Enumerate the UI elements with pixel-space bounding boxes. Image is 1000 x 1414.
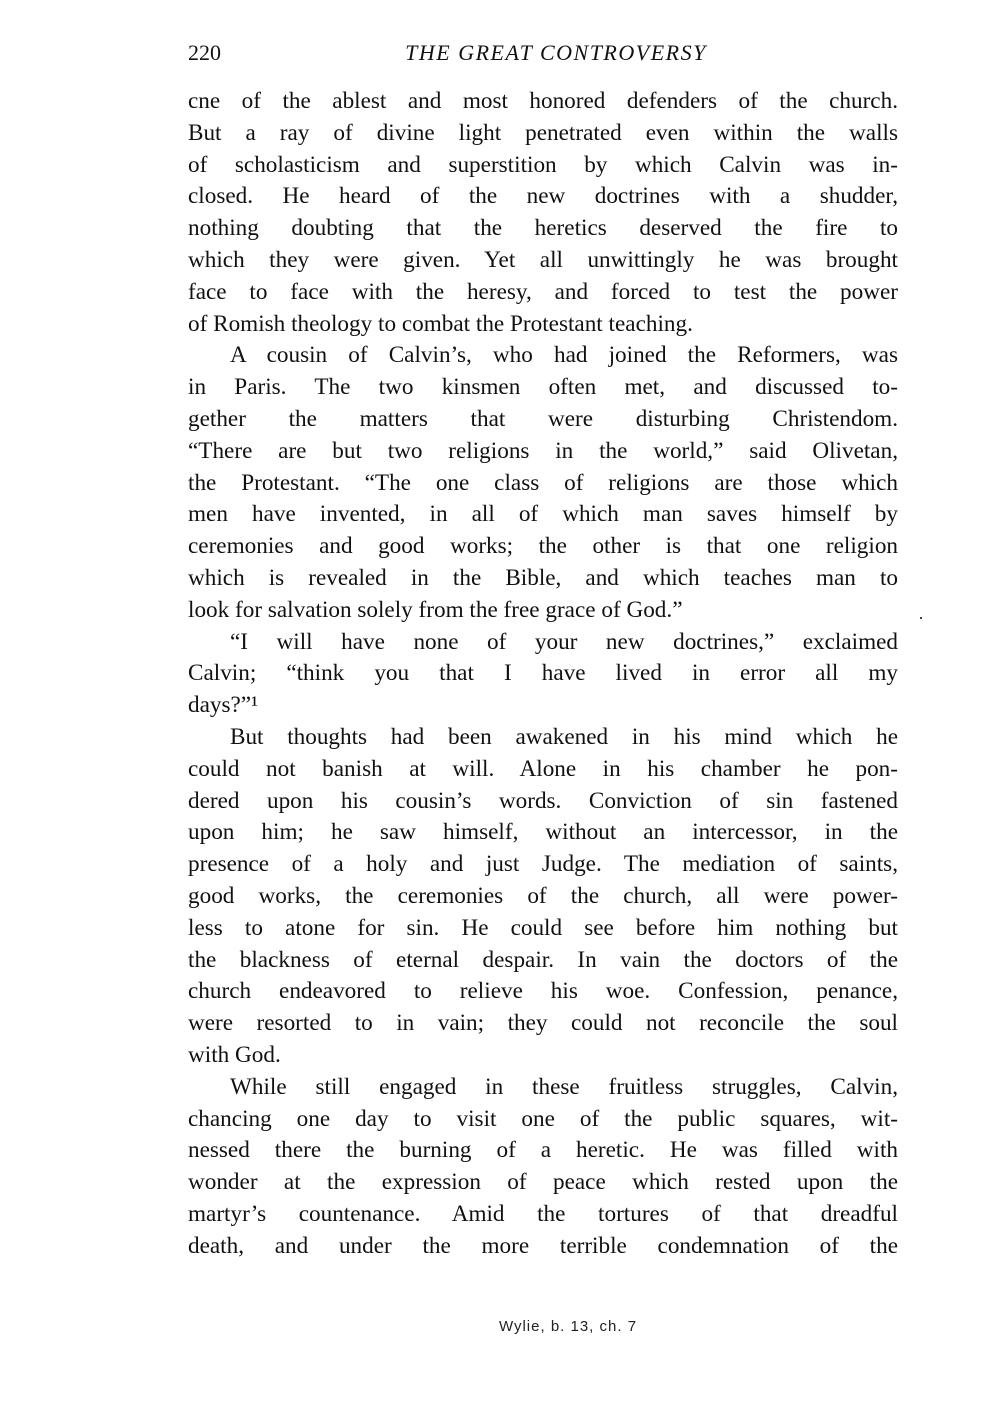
text-line: of scholasticism and superstition by whi… <box>188 150 898 182</box>
text-line: But thoughts had been awakened in his mi… <box>188 722 898 754</box>
text-line: Calvin; “think you that I have lived in … <box>188 658 898 690</box>
paragraph: “I will have none of your new doctrines,… <box>188 627 898 722</box>
text-line: dered upon his cousin’s words. Convictio… <box>188 786 898 818</box>
text-line: chancing one day to visit one of the pub… <box>188 1104 898 1136</box>
text-line: But a ray of divine light penetrated eve… <box>188 118 898 150</box>
text-line: nothing doubting that the heretics deser… <box>188 213 898 245</box>
running-title: THE GREAT CONTROVERSY <box>188 36 898 70</box>
text-line: were resorted to in vain; they could not… <box>188 1008 898 1040</box>
paragraph: But thoughts had been awakened in his mi… <box>188 722 898 1072</box>
text-line: with God. <box>188 1040 898 1072</box>
text-line: good works, the ceremonies of the church… <box>188 881 898 913</box>
text-line: in Paris. The two kinsmen often met, and… <box>188 372 898 404</box>
text-line: ceremonies and good works; the other is … <box>188 531 898 563</box>
text-line: closed. He heard of the new doctrines wi… <box>188 181 898 213</box>
body-text: cne of the ablest and most honored defen… <box>188 86 898 1262</box>
text-line: upon him; he saw himself, without an int… <box>188 817 898 849</box>
text-line: death, and under the more terrible conde… <box>188 1231 898 1263</box>
text-line: A cousin of Calvin’s, who had joined the… <box>188 340 898 372</box>
text-line: look for salvation solely from the free … <box>188 595 898 627</box>
running-head: 220 THE GREAT CONTROVERSY <box>188 36 898 70</box>
text-line: wonder at the expression of peace which … <box>188 1167 898 1199</box>
text-line: the Protestant. “The one class of religi… <box>188 468 898 500</box>
text-line: martyr’s countenance. Amid the tortures … <box>188 1199 898 1231</box>
text-line: gether the matters that were disturbing … <box>188 404 898 436</box>
text-line: less to atone for sin. He could see befo… <box>188 913 898 945</box>
text-line: men have invented, in all of which man s… <box>188 499 898 531</box>
paragraph: cne of the ablest and most honored defen… <box>188 86 898 340</box>
text-line: While still engaged in these fruitless s… <box>188 1072 898 1104</box>
text-line: church endeavored to relieve his woe. Co… <box>188 976 898 1008</box>
paragraph: A cousin of Calvin’s, who had joined the… <box>188 340 898 626</box>
text-line: “I will have none of your new doctrines,… <box>188 627 898 659</box>
text-line: which is revealed in the Bible, and whic… <box>188 563 898 595</box>
text-line: days?”¹ <box>188 690 898 722</box>
text-line: presence of a holy and just Judge. The m… <box>188 849 898 881</box>
book-page: 220 THE GREAT CONTROVERSY cne of the abl… <box>188 36 898 1262</box>
text-line: “There are but two religions in the worl… <box>188 436 898 468</box>
text-line: the blackness of eternal despair. In vai… <box>188 945 898 977</box>
text-line: of Romish theology to combat the Protest… <box>188 309 898 341</box>
text-line: cne of the ablest and most honored defen… <box>188 86 898 118</box>
scan-speck <box>920 617 922 619</box>
paragraph: While still engaged in these fruitless s… <box>188 1072 898 1263</box>
text-line: face to face with the heresy, and forced… <box>188 277 898 309</box>
text-line: could not banish at will. Alone in his c… <box>188 754 898 786</box>
text-line: which they were given. Yet all unwitting… <box>188 245 898 277</box>
text-line: nessed there the burning of a heretic. H… <box>188 1135 898 1167</box>
footnote: Wylie, b. 13, ch. 7 <box>188 1318 898 1335</box>
